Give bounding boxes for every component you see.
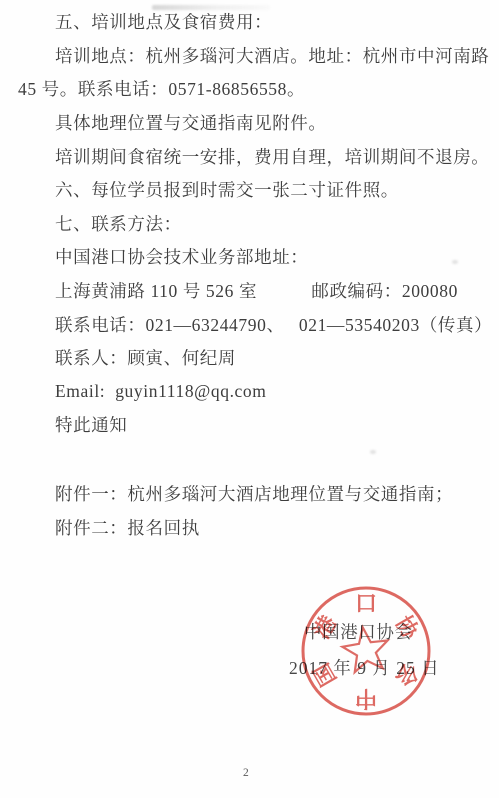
stamp-ring-char: 中 [355, 686, 377, 711]
lodging-arrangement-line: 培训期间食宿统一安排，费用自理，培训期间不退房。 [18, 139, 493, 173]
postal-code-line: 上海黄浦路 110 号 526 室 邮政编码：200080 [18, 274, 493, 308]
section-5-heading: 五、培训地点及食宿费用： [18, 5, 493, 39]
stamp-star-icon [340, 624, 391, 673]
phone-numbers-line: 联系电话：021—63244790、 021—53540203（传真） [18, 307, 493, 341]
dept-address-line: 中国港口协会技术业务部地址： [18, 240, 493, 274]
section-7-heading: 七、联系方法： [18, 207, 493, 241]
training-location-continuation: 45 号。联系电话：0571-86856558。 [18, 72, 493, 106]
training-location-line: 培训地点：杭州多瑙河大酒店。地址：杭州市中河南路 [18, 39, 493, 73]
email-line: Email: guyin1118@qq.com [18, 375, 493, 409]
attachment-1-line: 附件一：杭州多瑙河大酒店地理位置与交通指南； [18, 477, 493, 511]
location-guide-line: 具体地理位置与交通指南见附件。 [18, 106, 493, 140]
page-number: 2 [243, 767, 249, 779]
contact-persons-line: 联系人：顾寅、何纪周 [18, 341, 493, 375]
blank-gap [18, 442, 493, 477]
closing-notice-line: 特此通知 [18, 408, 493, 442]
scanned-notice-page: 五、培训地点及食宿费用： 培训地点：杭州多瑙河大酒店。地址：杭州市中河南路 45… [0, 0, 499, 798]
section-6-line: 六、每位学员报到时需交一张二寸证件照。 [18, 173, 493, 207]
attachment-2-line: 附件二：报名回执 [18, 510, 493, 544]
stamp-svg: 中 国 港 口 协 会 [281, 566, 451, 736]
stamp-ring-char: 口 [355, 591, 377, 616]
document-body: 五、培训地点及食宿费用： 培训地点：杭州多瑙河大酒店。地址：杭州市中河南路 45… [18, 5, 493, 544]
official-stamp: 中 国 港 口 协 会 [281, 566, 451, 736]
